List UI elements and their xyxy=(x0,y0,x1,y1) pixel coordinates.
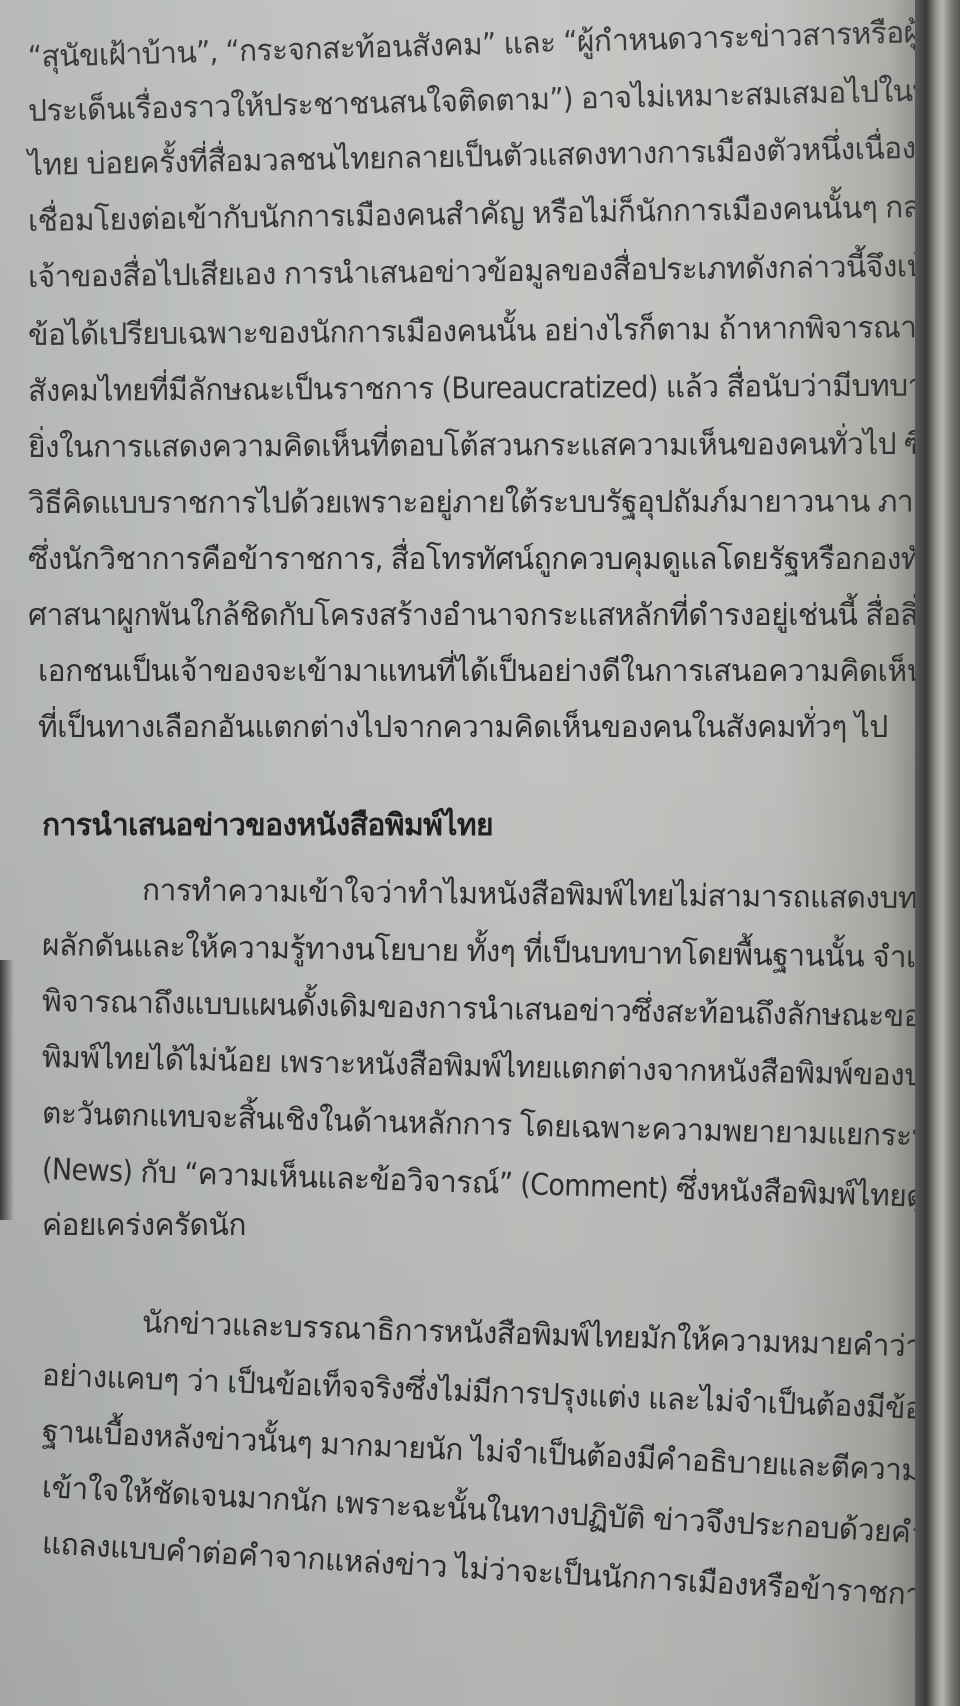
text-line: ที่เป็นทางเลือกอันแตกต่างไปจากความคิดเห็… xyxy=(38,700,915,756)
paragraph-1: “สุนัขเฝ้าบ้าน”, “กระจกสะท้อนสังคม” และ … xyxy=(28,22,915,750)
text-line: วิธีคิดแบบราชการไปด้วยเพราะอยู่ภายใต้ระบ… xyxy=(28,474,915,532)
spacer xyxy=(28,1254,915,1292)
book-spine-shadow xyxy=(915,0,960,1706)
page-text: “สุนัขเฝ้าบ้าน”, “กระจกสะท้อนสังคม” และ … xyxy=(28,22,915,1572)
text-line: การทำความเข้าใจว่าทำไมหนังสือพิมพ์ไทยไม่… xyxy=(42,862,915,928)
text-line: ยิ่งในการแสดงความคิดเห็นที่ตอบโต้สวนกระแ… xyxy=(28,417,915,476)
paragraph-2: การทำความเข้าใจว่าทำไมหนังสือพิมพ์ไทยไม่… xyxy=(28,862,915,1254)
text-line: เอกชนเป็นเจ้าของจะเข้ามาแทนที่ได้เป็นอย่… xyxy=(38,644,915,700)
book-page: “สุนัขเฝ้าบ้าน”, “กระจกสะท้อนสังคม” และ … xyxy=(0,0,915,1706)
paragraph-3: นักข่าวและบรรณาธิการหนังสือพิมพ์ไทยมักให… xyxy=(28,1292,915,1572)
text-line: ซึ่งนักวิชาการคือข้าราชการ, สื่อโทรทัศน์… xyxy=(28,532,915,588)
text-line: ศาสนาผูกพันใกล้ชิดกับโครงสร้างอำนาจกระแส… xyxy=(28,588,915,644)
adjacent-page-shadow xyxy=(0,960,14,1220)
text-line: เจ้าของสื่อไปเสียเอง การนำเสนอข่าวข้อมูล… xyxy=(28,239,915,306)
text-line: ค่อยเคร่งครัดนัก xyxy=(42,1198,915,1254)
text-line: สังคมไทยที่มีลักษณะเป็นราชการ (Bureaucra… xyxy=(28,358,915,420)
section-heading: การนำเสนอข่าวของหนังสือพิมพ์ไทย xyxy=(42,798,915,854)
text-line: ข้อได้เปรียบเฉพาะของนักการเมืองคนนั้น อย… xyxy=(28,300,915,364)
